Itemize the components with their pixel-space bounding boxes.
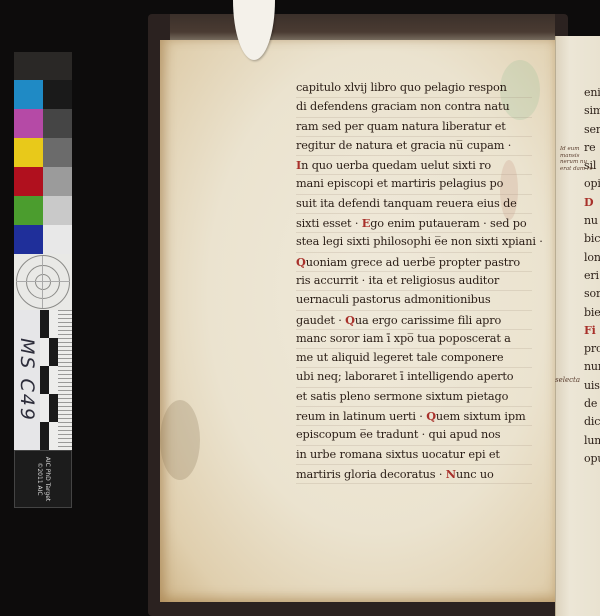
swatch-gray-5 — [43, 196, 72, 225]
swatch-magenta — [14, 109, 43, 138]
text-line: manc soror iam ī xpo̅ tua poposcerat a — [296, 330, 532, 349]
rubricated-initial: N — [446, 467, 456, 481]
text-fragment: eni — [584, 84, 600, 102]
text-line: ubi neq; laboraret ī intelligendo aperto — [296, 368, 532, 387]
text-line: capitulo xlvij libro quo pelagio respon — [296, 79, 532, 98]
text-fragment: bie — [584, 304, 600, 322]
swatch-gray-2 — [43, 109, 72, 138]
text-line: di defendens graciam non contra natu — [296, 98, 532, 117]
text-line: ris accurrit · ita et religiosus auditor — [296, 272, 532, 291]
swatch-gray-6 — [43, 225, 72, 254]
text-fragment: Fi — [584, 322, 600, 340]
text-fragment: uis — [584, 377, 600, 395]
text-fragment: opi — [584, 175, 600, 193]
text-fragment: lum — [584, 432, 600, 450]
rubricated-initial: I — [296, 158, 301, 172]
text-line-rubricated: reum in latinum uerti · Quem sixtum ipm — [296, 407, 532, 426]
text-fragment: pro — [584, 340, 600, 358]
shelfmark-text: MS C49 — [16, 338, 38, 422]
recto-text-column: eni sim sen re sil opi D nu bic lon eri … — [584, 84, 600, 468]
text-line-rubricated: martiris gloria decoratus · Nunc uo — [296, 465, 532, 484]
text-line: et satis pleno sermone sixtum pietago — [296, 388, 532, 407]
rubricated-initial: E — [362, 216, 370, 230]
text-fragment: eri — [584, 267, 600, 285]
text-fragment: nu — [584, 212, 600, 230]
text-line: mani episcopi et martiris pelagius po — [296, 175, 532, 194]
text-fragment: D — [584, 194, 600, 212]
target-footer-text: AIC PhD Target©2011 AIC — [35, 457, 51, 501]
swatch-green — [14, 196, 43, 225]
shelfmark-label: MS C49 — [14, 310, 40, 450]
text-fragment: nun — [584, 358, 600, 376]
text-line: stea legi sixti philosophi e̅e non sixti… — [296, 233, 532, 252]
text-fragment: bic — [584, 230, 600, 248]
text-fragment: sim — [584, 102, 600, 120]
swatch-gray-3 — [43, 138, 72, 167]
target-footer: AIC PhD Target©2011 AIC — [14, 450, 72, 508]
text-line: episcopum e̅e tradunt · qui apud nos — [296, 426, 532, 445]
swatch-gray-4 — [43, 167, 72, 196]
text-line: in urbe romana sixtus uocatur epi et — [296, 446, 532, 465]
swatch-cyan — [14, 80, 43, 109]
marginal-annotation-2: selecta — [555, 376, 580, 384]
text-line-rubricated: gaudet · Qua ergo carissime fili apro — [296, 311, 532, 330]
text-fragment: opu — [584, 450, 600, 468]
rubricated-initial: Q — [345, 313, 355, 327]
text-line-rubricated: Quoniam grece ad uerbe̅ propter pastro — [296, 253, 532, 272]
text-fragment: sen — [584, 121, 600, 139]
swatch-dark-header — [14, 52, 72, 80]
text-line-rubricated: In quo uerba quedam uelut sixti ro — [296, 156, 532, 175]
text-line: ram sed per quam natura liberatur et — [296, 118, 532, 137]
marginal-annotation: Id eum mansis nerum nu erat dam re — [560, 146, 594, 172]
color-calibration-target: MS C49 AIC PhD Target©2011 AIC — [14, 52, 72, 506]
swatch-yellow — [14, 138, 43, 167]
swatch-blue — [14, 225, 43, 254]
text-line: uernaculi pastorus admonitionibus — [296, 291, 532, 310]
color-swatch-grid — [14, 80, 72, 254]
text-fragment: dic — [584, 413, 600, 431]
text-line-rubricated: sixti esset · Ego enim putaueram · sed p… — [296, 214, 532, 233]
text-fragment: sore — [584, 285, 600, 303]
text-fragment: lon — [584, 249, 600, 267]
rubricated-initial: Q — [426, 409, 436, 423]
rubricated-initial: Q — [296, 255, 306, 269]
manuscript-text-column: capitulo xlvij libro quo pelagio respon … — [296, 79, 532, 484]
text-line: regitur de natura et gracia nu̅ cupam · — [296, 137, 532, 156]
text-line: me ut aliquid legeret tale componere — [296, 349, 532, 368]
swatch-red — [14, 167, 43, 196]
scale-ruler — [40, 310, 72, 450]
text-line: suit ita defendi tanquam reuera eius de — [296, 195, 532, 214]
focus-target-icon — [14, 254, 72, 310]
text-fragment: de u — [584, 395, 600, 413]
swatch-gray-1 — [43, 80, 72, 109]
